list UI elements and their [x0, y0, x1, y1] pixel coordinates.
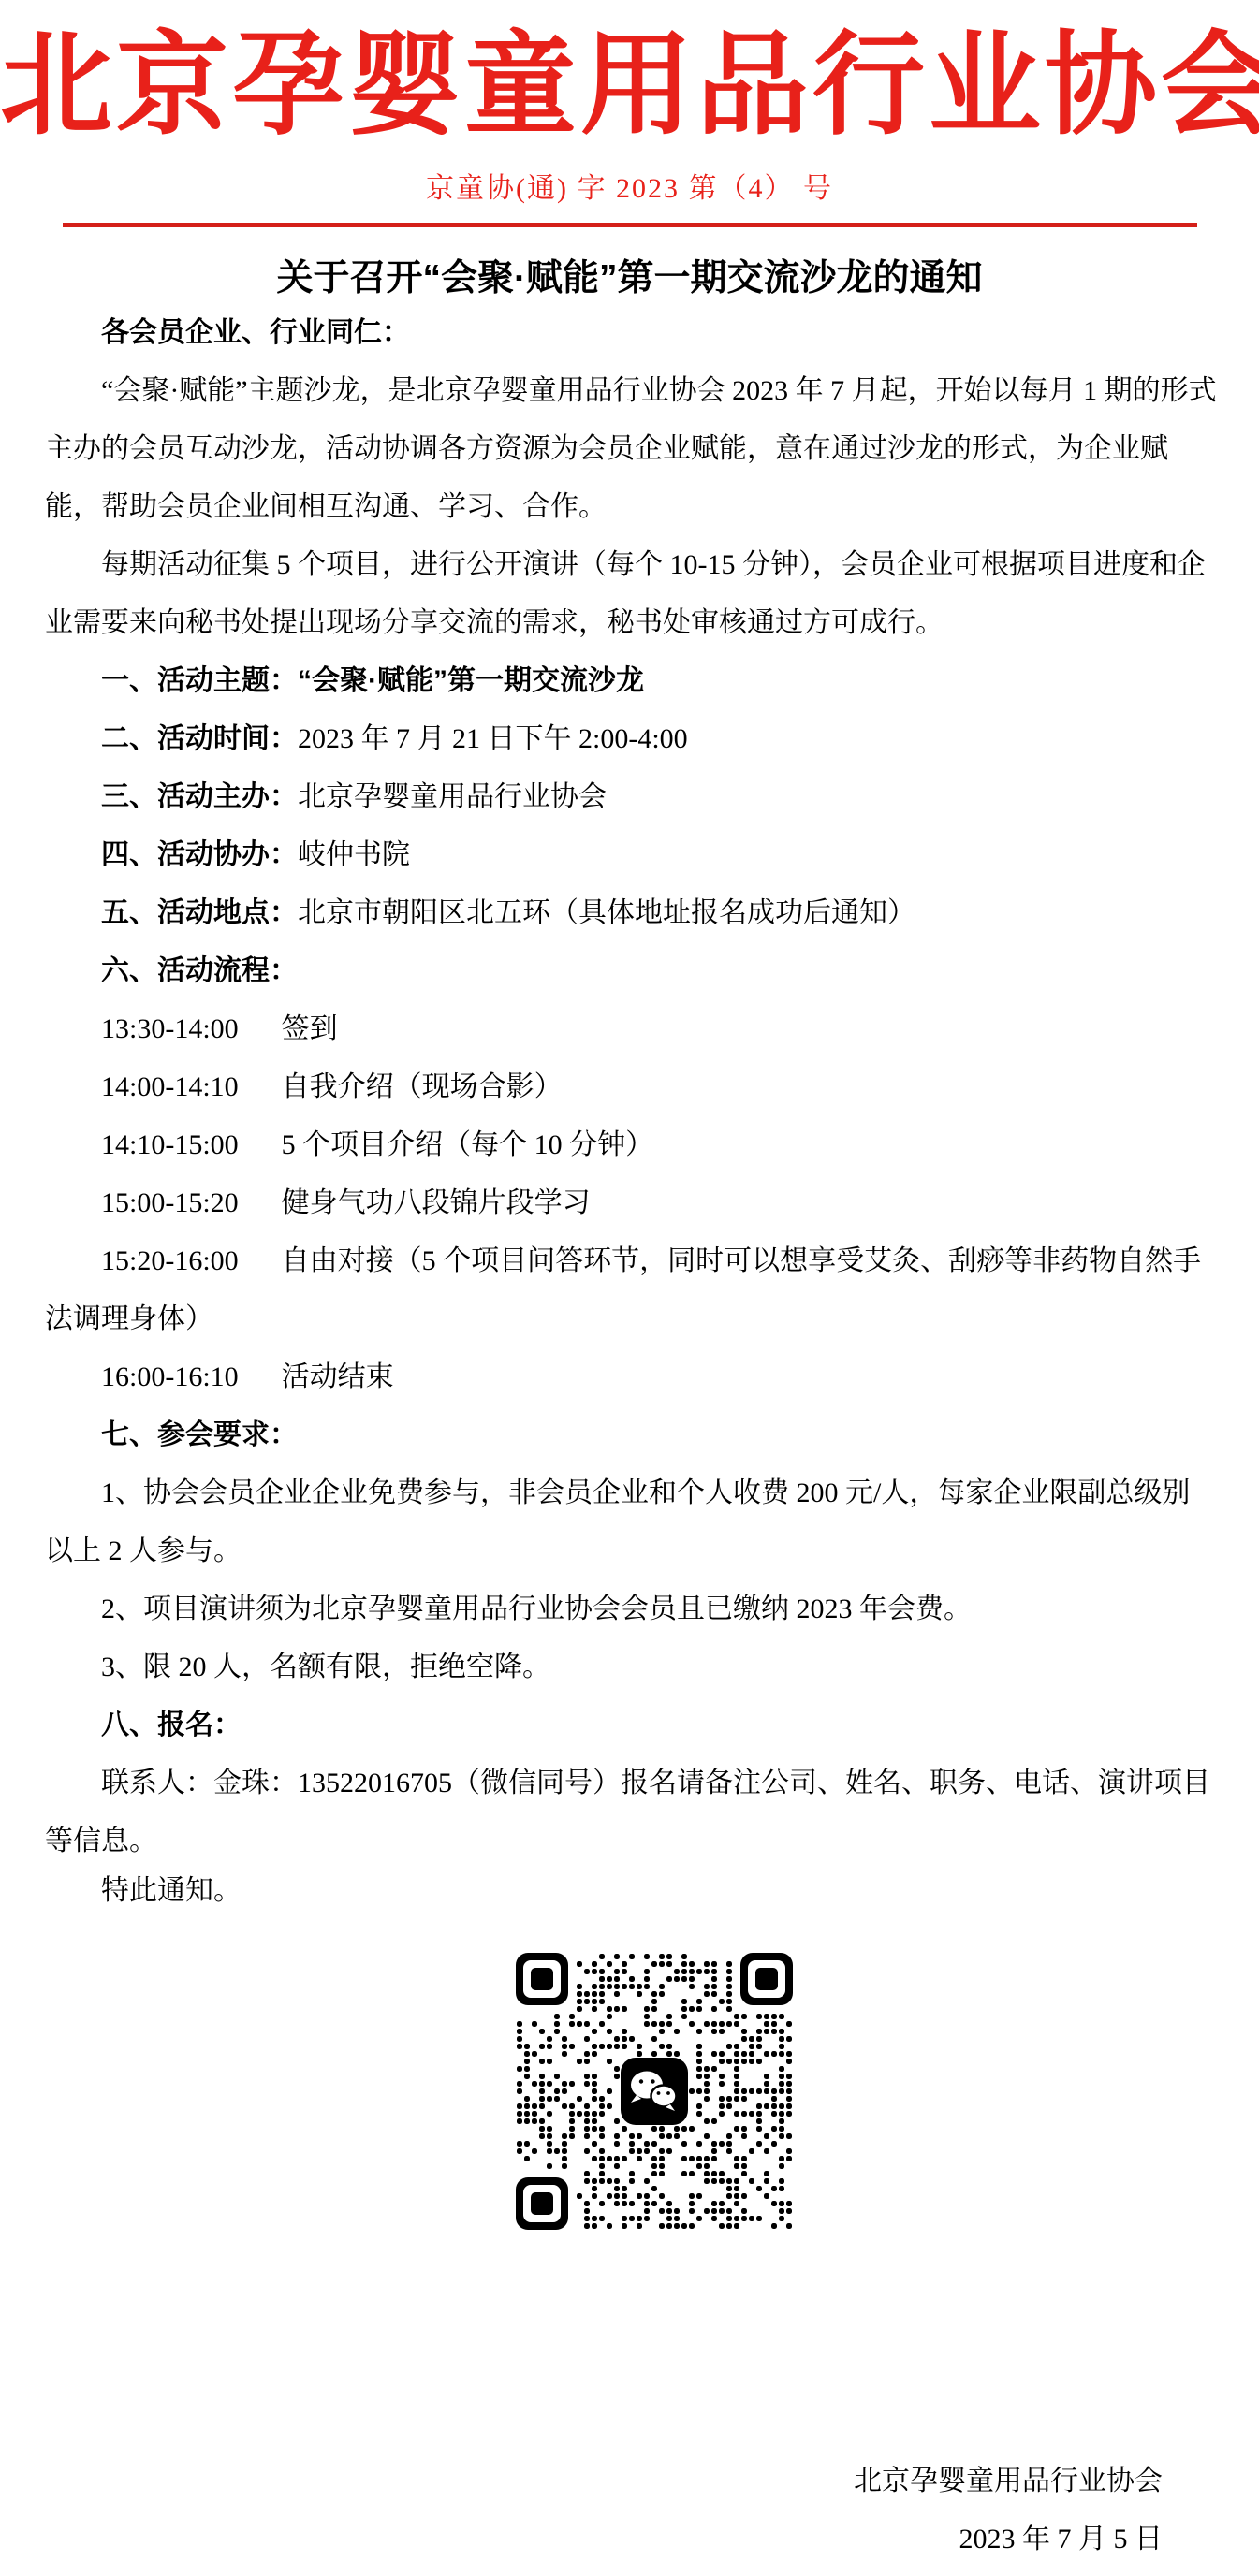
schedule-activity: 自我介绍（现场合影） — [282, 1071, 563, 1102]
item-cohost-value: 岐仲书院 — [298, 839, 410, 870]
schedule-row: 14:00-14:10自我介绍（现场合影） — [45, 1058, 1217, 1116]
item-theme-label: 一、活动主题： — [101, 665, 298, 696]
schedule-activity: 签到 — [282, 1013, 338, 1044]
schedule-row: 14:10-15:005 个项目介绍（每个 10 分钟） — [45, 1116, 1217, 1174]
schedule-activity: 5 个项目介绍（每个 10 分钟） — [282, 1129, 654, 1160]
closing-line: 特此通知。 — [45, 1870, 1217, 1912]
signup-heading: 八、报名： — [45, 1696, 1217, 1754]
item-agenda-label: 六、活动流程： — [101, 955, 298, 986]
item-host-value: 北京孕婴童用品行业协会 — [298, 781, 607, 812]
document-number: 京童协(通) 字 2023 第（4） 号 — [0, 168, 1259, 210]
notice-document-page: 北京孕婴童用品行业协会 京童协(通) 字 2023 第（4） 号 关于召开“会聚… — [0, 0, 1259, 2576]
schedule-time: 15:00-15:20 — [101, 1187, 239, 1218]
signature-date: 2023 年 7 月 5 日 — [45, 2511, 1163, 2569]
wechat-qr-code — [516, 1953, 793, 2230]
schedule-row: 15:20-16:00自由对接（5 个项目问答环节，同时可以想享受艾灸、刮痧等非… — [45, 1232, 1217, 1348]
requirement-item: 1、协会会员企业企业免费参与，非会员企业和个人收费 200 元/人，每家企业限副… — [45, 1464, 1217, 1580]
qr-code-container — [68, 1953, 1240, 2230]
item-time: 二、活动时间：2023 年 7 月 21 日下午 2:00-4:00 — [45, 710, 1217, 768]
item-location-label: 五、活动地点： — [101, 897, 298, 928]
item-time-value: 2023 年 7 月 21 日下午 2:00-4:00 — [298, 723, 688, 754]
schedule-row: 15:00-15:20健身气功八段锦片段学习 — [45, 1174, 1217, 1232]
item-theme: 一、活动主题：“会聚·赋能”第一期交流沙龙 — [45, 652, 1217, 710]
letterhead-divider — [63, 223, 1197, 227]
salutation: 各会员企业、行业同仁： — [45, 304, 1217, 362]
paragraph-format: 每期活动征集 5 个项目，进行公开演讲（每个 10-15 分钟），会员企业可根据… — [45, 536, 1217, 652]
item-host: 三、活动主办：北京孕婴童用品行业协会 — [45, 768, 1217, 826]
schedule-activity: 健身气功八段锦片段学习 — [282, 1187, 591, 1218]
item-agenda: 六、活动流程： — [45, 942, 1217, 1000]
item-host-label: 三、活动主办： — [101, 781, 298, 812]
item-time-label: 二、活动时间： — [101, 723, 298, 754]
schedule-time: 13:30-14:00 — [101, 1013, 239, 1044]
letterhead: 北京孕婴童用品行业协会 京童协(通) 字 2023 第（4） 号 — [0, 15, 1259, 227]
org-name-heading: 北京孕婴童用品行业协会 — [0, 15, 1259, 157]
item-cohost: 四、活动协办：岐仲书院 — [45, 826, 1217, 884]
schedule-row: 16:00-16:10活动结束 — [45, 1348, 1217, 1406]
schedule-time: 14:00-14:10 — [101, 1071, 239, 1102]
requirement-item: 3、限 20 人，名额有限，拒绝空降。 — [45, 1638, 1217, 1696]
notice-title: 关于召开“会聚·赋能”第一期交流沙龙的通知 — [0, 254, 1259, 304]
schedule-time: 15:20-16:00 — [101, 1245, 239, 1276]
notice-body: 各会员企业、行业同仁： “会聚·赋能”主题沙龙，是北京孕婴童用品行业协会 202… — [45, 304, 1217, 2569]
item-theme-value: “会聚·赋能”第一期交流沙龙 — [298, 665, 644, 696]
item-location-value: 北京市朝阳区北五环（具体地址报名成功后通知） — [298, 897, 915, 928]
signup-contact: 联系人：金珠：13522016705（微信同号）报名请备注公司、姓名、职务、电话… — [45, 1754, 1217, 1870]
signature-org: 北京孕婴童用品行业协会 — [45, 2452, 1163, 2511]
schedule-activity: 活动结束 — [282, 1361, 394, 1392]
item-cohost-label: 四、活动协办： — [101, 839, 298, 870]
schedule-time: 16:00-16:10 — [101, 1361, 239, 1392]
signature-block: 北京孕婴童用品行业协会 2023 年 7 月 5 日 — [45, 2452, 1163, 2569]
paragraph-intro: “会聚·赋能”主题沙龙，是北京孕婴童用品行业协会 2023 年 7 月起，开始以… — [45, 362, 1217, 536]
item-location: 五、活动地点：北京市朝阳区北五环（具体地址报名成功后通知） — [45, 884, 1217, 942]
requirements-heading: 七、参会要求： — [45, 1406, 1217, 1464]
requirement-item: 2、项目演讲须为北京孕婴童用品行业协会会员且已缴纳 2023 年会费。 — [45, 1580, 1217, 1638]
schedule-time: 14:10-15:00 — [101, 1129, 239, 1160]
schedule-row: 13:30-14:00签到 — [45, 1000, 1217, 1058]
